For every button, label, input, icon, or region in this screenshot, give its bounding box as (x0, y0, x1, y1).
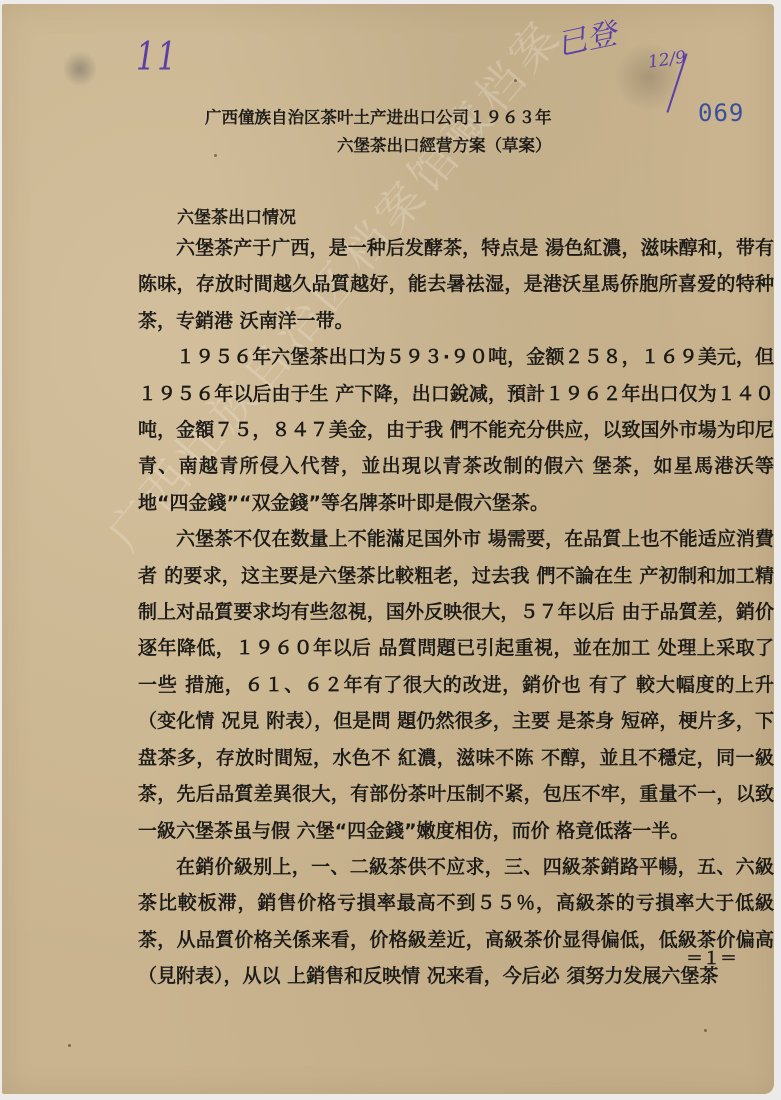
paragraph-export-volume: １９５６年六堡茶出口为５９３·９０吨，金额２５８，１６９美元，但１９５６年以后由… (138, 339, 774, 521)
faded-stamp-mark (64, 49, 96, 89)
paper-speck (214, 154, 217, 157)
document-body: 六堡茶产于广西，是一种后发酵茶，特点是 湯色紅濃，滋味醇和，带有陈味，存放时間越… (138, 230, 774, 995)
paper-speck (514, 79, 517, 82)
paragraph-origin-characteristics: 六堡茶产于广西，是一种后发酵茶，特点是 湯色紅濃，滋味醇和，带有陈味，存放时間越… (138, 230, 774, 339)
paragraph-price-grades: 在銷价級别上，一、二級茶供不应求，三、四級茶銷路平暢，五、六級茶比較板滞，銷售价… (138, 849, 774, 995)
paper-speck (68, 1044, 71, 1047)
page-footer-number: ＝１＝ (686, 944, 737, 969)
document-title-line-2: 六堡茶出口經营方案（草案） (337, 132, 657, 156)
handwritten-tally-marks: 11 (136, 35, 178, 81)
paragraph-quality-issues: 六堡茶不仅在数量上不能滿足国外市 場需要，在品質上也不能适应消費者 的要求，这主… (138, 521, 774, 849)
section-heading: 六堡茶出口情况 (177, 203, 296, 228)
paper-speck (704, 1029, 707, 1032)
document-title-line-1: 广西僮族自治区茶叶土产进出口公司１９６３年 (205, 104, 705, 128)
